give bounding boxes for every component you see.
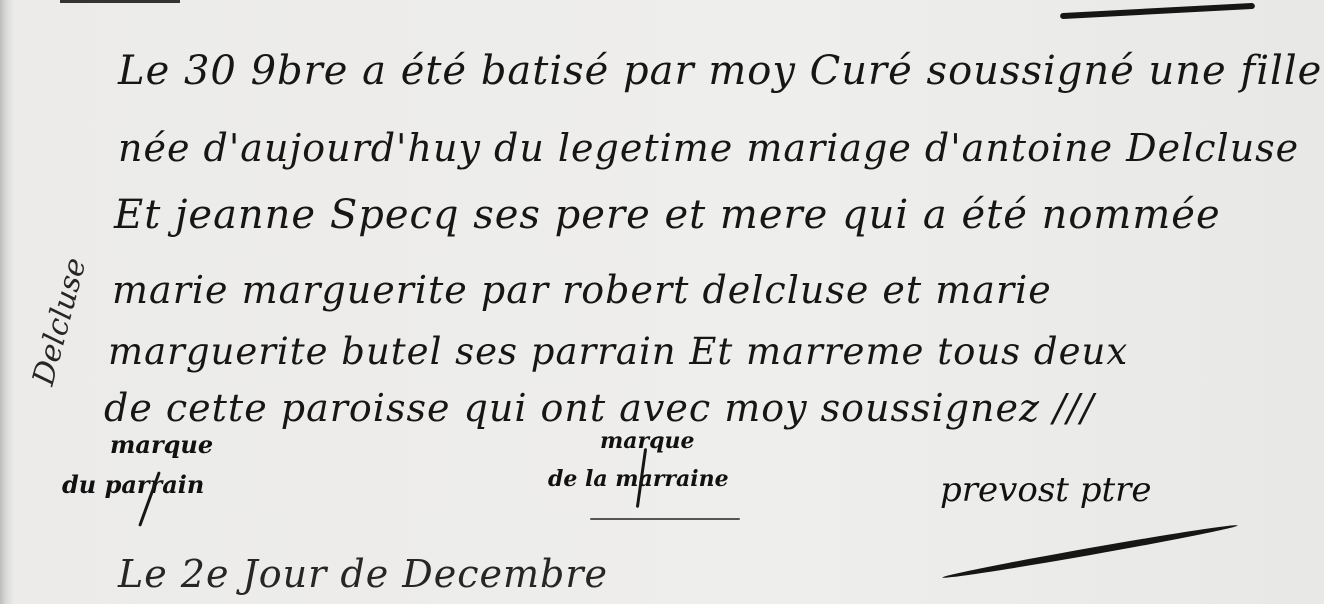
record-line-5: marguerite butel ses parrain Et marreme … (108, 330, 1128, 373)
top-rule (60, 0, 180, 3)
margin-note: Delcluse (26, 254, 94, 389)
godmother-mark-label: marque (600, 428, 695, 454)
record-line-6: de cette paroisse qui ont avec moy souss… (104, 386, 1094, 430)
record-line-4: marie marguerite par robert delcluse et … (112, 268, 1052, 312)
signature-flourish (942, 522, 1239, 581)
record-line-3: Et jeanne Specq ses pere et mere qui a é… (114, 192, 1221, 238)
record-line-2: née d'aujourd'huy du legetime mariage d'… (118, 126, 1299, 170)
godfather-mark-label: marque (110, 430, 213, 459)
godmother-underline (590, 518, 740, 520)
pastor-signature: prevost ptre (940, 470, 1152, 510)
godfather-mark-name: du parrain (62, 470, 204, 499)
next-entry-line: Le 2e Jour de Decembre (118, 552, 608, 596)
document-page: Delcluse Le 30 9bre a été batisé par moy… (0, 0, 1324, 604)
flourish-stroke (1060, 3, 1255, 19)
record-line-1: Le 30 9bre a été batisé par moy Curé sou… (118, 48, 1322, 94)
